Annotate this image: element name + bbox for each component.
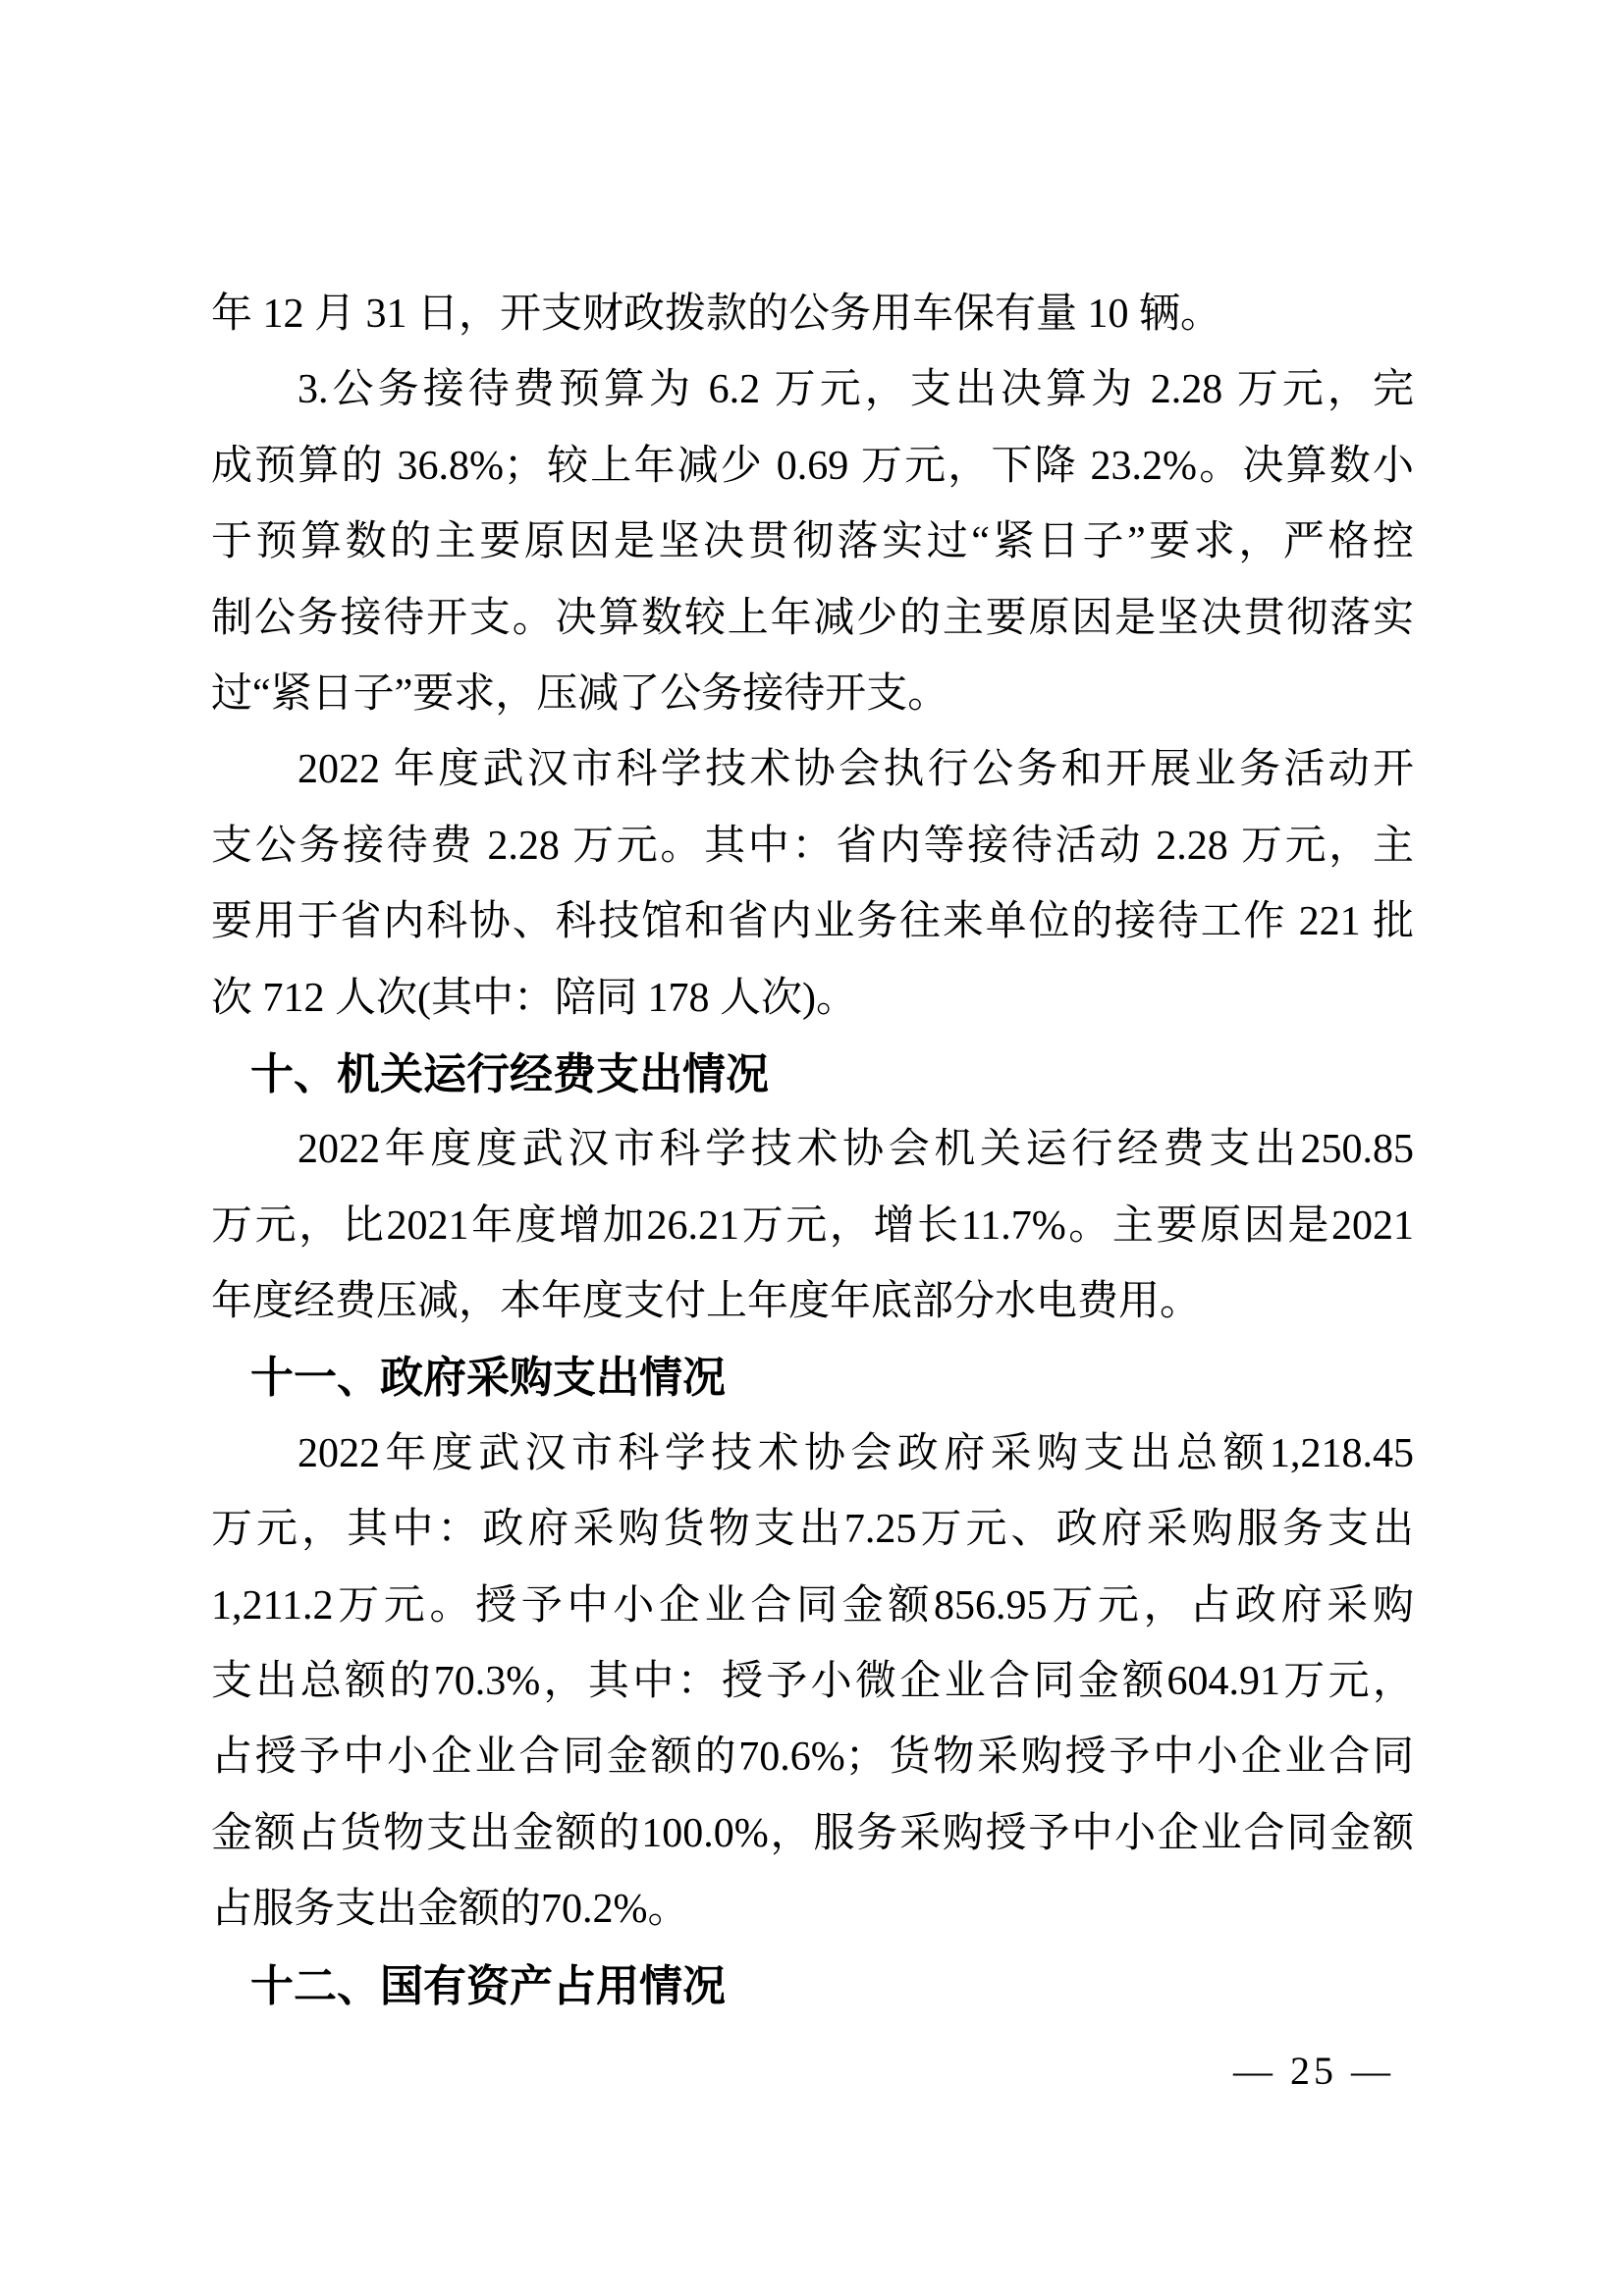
body-line: 成预算的 36.8%；较上年减少 0.69 万元，下降 23.2%。决算数小 [211,429,1414,505]
body-line: 金额占货物支出金额的100.0%，服务采购授予中小企业合同金额 [211,1796,1414,1872]
document-page: 年 12 月 31 日，开支财政拨款的公务用车保有量 10 辆。 3.公务接待费… [0,0,1624,2296]
heading-section-10: 十、机关运行经费支出情况 [211,1037,1414,1112]
heading-section-11: 十一、政府采购支出情况 [211,1340,1414,1415]
heading-section-12: 十二、国有资产占用情况 [211,1949,1414,2024]
body-line: 过“紧日子”要求，压减了公务接待开支。 [211,657,1414,732]
body-line: 2022年度武汉市科学技术协会政府采购支出总额1,218.45 [211,1416,1414,1492]
body-line: 支出总额的70.3%，其中：授予小微企业合同金额604.91万元， [211,1644,1414,1720]
body-line: 3.公务接待费预算为 6.2 万元，支出决算为 2.28 万元，完 [211,352,1414,428]
body-line: 2022 年度武汉市科学技术协会执行公务和开展业务活动开 [211,732,1414,808]
page-number: — 25 — [1233,2048,1394,2095]
body-line: 占授予中小企业合同金额的70.6%；货物采购授予中小企业合同 [211,1720,1414,1795]
body-line: 年 12 月 31 日，开支财政拨款的公务用车保有量 10 辆。 [211,277,1414,352]
body-line: 万元，其中：政府采购货物支出7.25万元、政府采购服务支出 [211,1492,1414,1568]
body-line: 占服务支出金额的70.2%。 [211,1872,1414,1948]
body-line: 万元，比2021年度增加26.21万元，增长11.7%。主要原因是2021 [211,1189,1414,1264]
body-line: 制公务接待开支。决算数较上年减少的主要原因是坚决贯彻落实 [211,581,1414,657]
body-line: 次 712 人次(其中：陪同 178 人次)。 [211,961,1414,1037]
body-line: 1,211.2万元。授予中小企业合同金额856.95万元，占政府采购 [211,1569,1414,1644]
text-block: 年 12 月 31 日，开支财政拨款的公务用车保有量 10 辆。 3.公务接待费… [211,277,1414,2024]
body-line: 支公务接待费 2.28 万元。其中：省内等接待活动 2.28 万元，主 [211,809,1414,884]
body-line: 2022年度度武汉市科学技术协会机关运行经费支出250.85 [211,1112,1414,1188]
body-line: 要用于省内科协、科技馆和省内业务往来单位的接待工作 221 批 [211,884,1414,960]
body-line: 年度经费压减，本年度支付上年度年底部分水电费用。 [211,1264,1414,1340]
body-line: 于预算数的主要原因是坚决贯彻落实过“紧日子”要求，严格控 [211,505,1414,580]
